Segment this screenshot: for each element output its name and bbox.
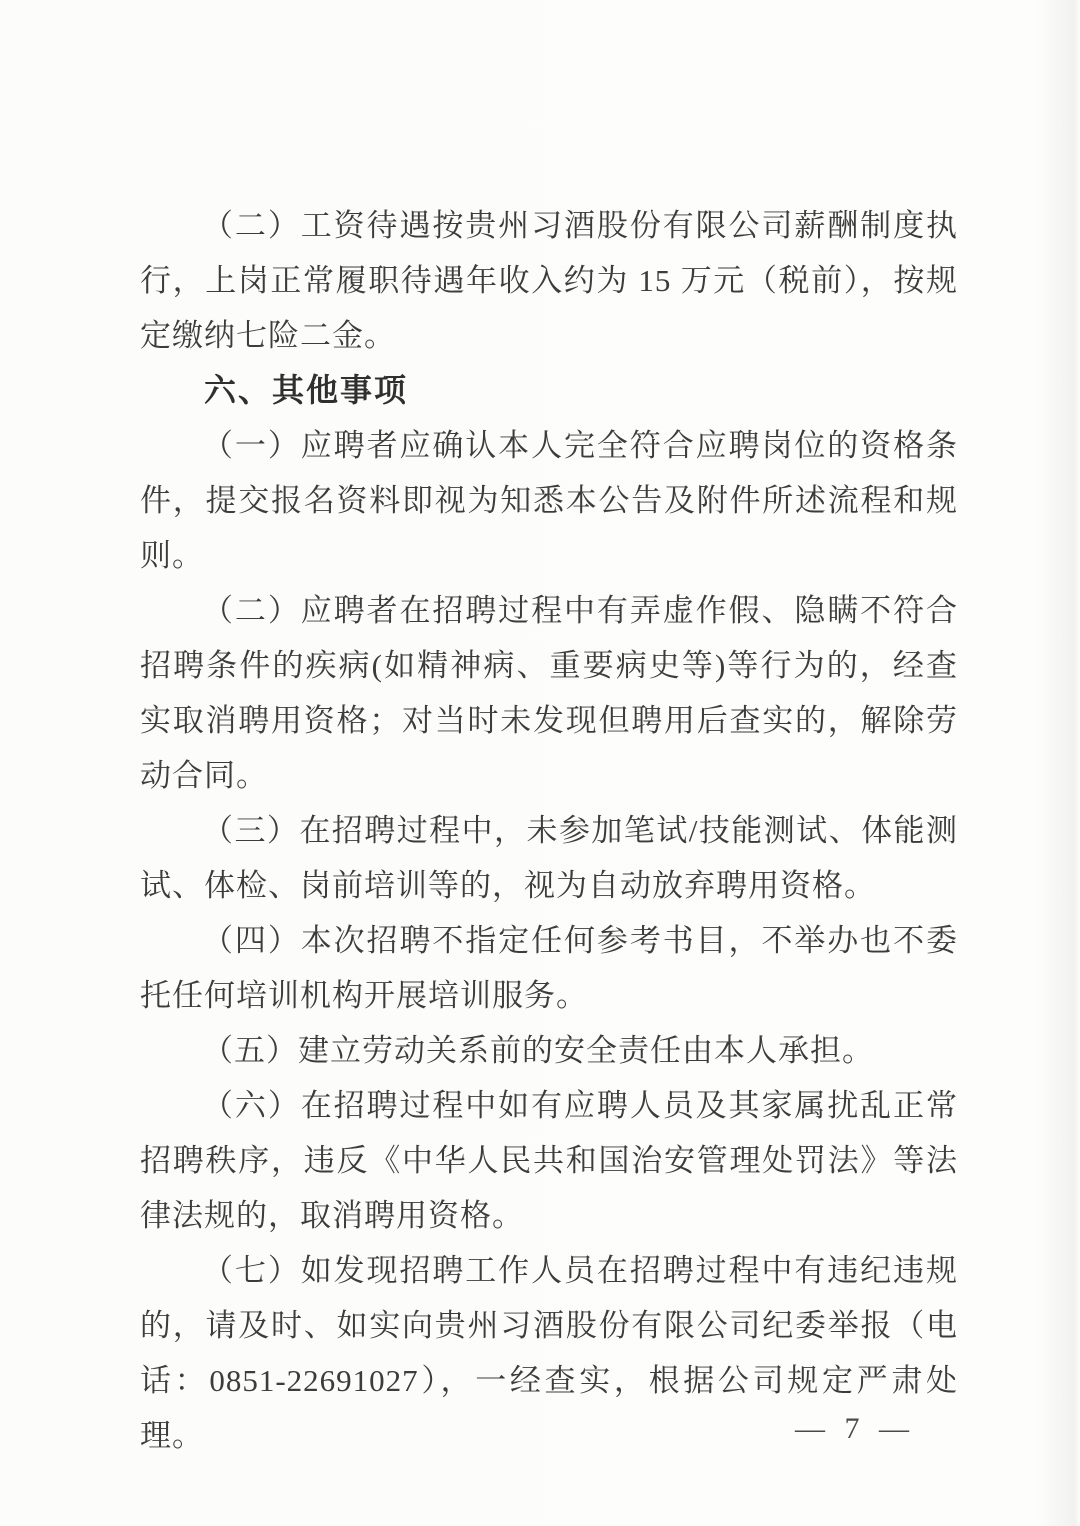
paragraph-item-2: （二）应聘者在招聘过程中有弄虚作假、隐瞒不符合招聘条件的疾病(如精神病、重要病史… [140, 583, 958, 803]
page-number: — 7 — [0, 1412, 915, 1446]
paragraph-item-3: （三）在招聘过程中，未参加笔试/技能测试、体能测试、体检、岗前培训等的，视为自动… [140, 803, 958, 913]
paragraph-item-4: （四）本次招聘不指定任何参考书目，不举办也不委托任何培训机构开展培训服务。 [140, 913, 958, 1023]
paragraph-item-1: （一）应聘者应确认本人完全符合应聘岗位的资格条件，提交报名资料即视为知悉本公告及… [140, 418, 958, 583]
document-body: （二）工资待遇按贵州习酒股份有限公司薪酬制度执行，上岗正常履职待遇年收入约为 1… [140, 198, 958, 1463]
scanned-document-page: （二）工资待遇按贵州习酒股份有限公司薪酬制度执行，上岗正常履职待遇年收入约为 1… [0, 0, 1080, 1526]
paragraph-salary-terms: （二）工资待遇按贵州习酒股份有限公司薪酬制度执行，上岗正常履职待遇年收入约为 1… [140, 198, 958, 363]
section-heading-other-matters: 六、其他事项 [140, 363, 958, 418]
paragraph-item-5: （五）建立劳动关系前的安全责任由本人承担。 [140, 1023, 958, 1078]
paragraph-item-6: （六）在招聘过程中如有应聘人员及其家属扰乱正常招聘秩序，违反《中华人民共和国治安… [140, 1078, 958, 1243]
